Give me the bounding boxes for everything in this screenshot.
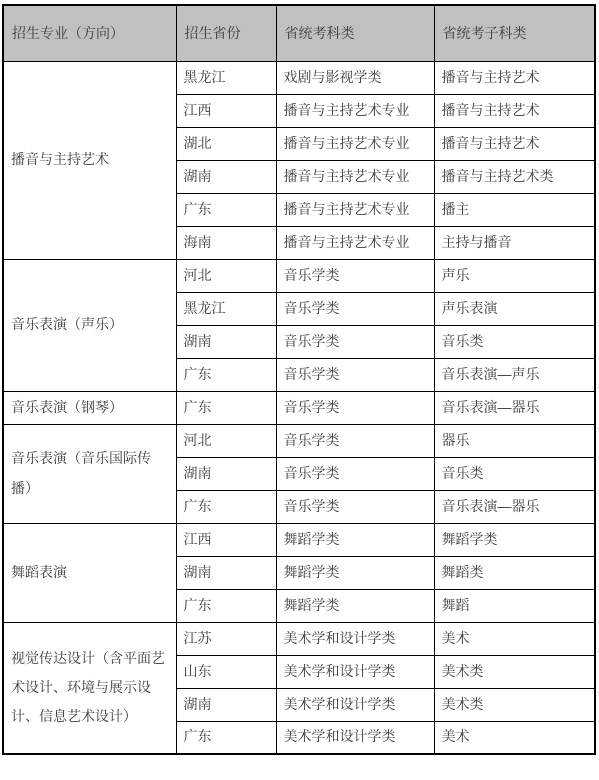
category-cell: 音乐学类 (276, 490, 434, 523)
table-body: 播音与主持艺术黑龙江戏剧与影视学类播音与主持艺术江西播音与主持艺术专业播音与主持… (3, 61, 595, 754)
category-cell: 美术学和设计学类 (276, 721, 434, 754)
category-cell: 音乐学类 (276, 292, 434, 325)
admission-majors-table: 招生专业（方向）招生省份省统考科类省统考子科类 播音与主持艺术黑龙江戏剧与影视学… (2, 4, 596, 755)
province-cell: 河北 (176, 259, 276, 292)
province-cell: 湖南 (176, 160, 276, 193)
column-header: 招生专业（方向） (3, 5, 176, 61)
subcategory-cell: 播音与主持艺术类 (434, 160, 595, 193)
province-cell: 广东 (176, 358, 276, 391)
category-cell: 舞蹈学类 (276, 523, 434, 556)
table-header-row: 招生专业（方向）招生省份省统考科类省统考子科类 (3, 5, 595, 61)
major-cell: 舞蹈表演 (3, 523, 176, 622)
subcategory-cell: 播音与主持艺术 (434, 94, 595, 127)
subcategory-cell: 美术 (434, 721, 595, 754)
category-cell: 戏剧与影视学类 (276, 61, 434, 94)
category-cell: 音乐学类 (276, 358, 434, 391)
table-row: 视觉传达设计（含平面艺术设计、环境与展示设计、信息艺术设计）江苏美术学和设计学类… (3, 622, 595, 655)
province-cell: 黑龙江 (176, 292, 276, 325)
subcategory-cell: 音乐表演—器乐 (434, 490, 595, 523)
category-cell: 播音与主持艺术专业 (276, 193, 434, 226)
column-header: 省统考子科类 (434, 5, 595, 61)
category-cell: 音乐学类 (276, 391, 434, 424)
province-cell: 湖南 (176, 688, 276, 721)
province-cell: 江西 (176, 94, 276, 127)
province-cell: 广东 (176, 490, 276, 523)
province-cell: 广东 (176, 193, 276, 226)
subcategory-cell: 音乐类 (434, 325, 595, 358)
category-cell: 播音与主持艺术专业 (276, 127, 434, 160)
column-header: 省统考科类 (276, 5, 434, 61)
subcategory-cell: 声乐 (434, 259, 595, 292)
province-cell: 河北 (176, 424, 276, 457)
province-cell: 山东 (176, 655, 276, 688)
table-row: 音乐表演（声乐）河北音乐学类声乐 (3, 259, 595, 292)
subcategory-cell: 音乐表演—器乐 (434, 391, 595, 424)
category-cell: 音乐学类 (276, 424, 434, 457)
category-cell: 播音与主持艺术专业 (276, 226, 434, 259)
province-cell: 海南 (176, 226, 276, 259)
table-row: 音乐表演（钢琴）广东音乐学类音乐表演—器乐 (3, 391, 595, 424)
subcategory-cell: 播音与主持艺术 (434, 61, 595, 94)
subcategory-cell: 音乐类 (434, 457, 595, 490)
province-cell: 广东 (176, 721, 276, 754)
category-cell: 美术学和设计学类 (276, 688, 434, 721)
subcategory-cell: 播主 (434, 193, 595, 226)
subcategory-cell: 美术 (434, 622, 595, 655)
column-header: 招生省份 (176, 5, 276, 61)
subcategory-cell: 美术类 (434, 655, 595, 688)
province-cell: 广东 (176, 391, 276, 424)
category-cell: 播音与主持艺术专业 (276, 94, 434, 127)
table-row: 音乐表演（音乐国际传播）河北音乐学类器乐 (3, 424, 595, 457)
province-cell: 湖南 (176, 325, 276, 358)
major-cell: 音乐表演（音乐国际传播） (3, 424, 176, 523)
subcategory-cell: 美术类 (434, 688, 595, 721)
province-cell: 湖南 (176, 457, 276, 490)
table-row: 舞蹈表演江西舞蹈学类舞蹈学类 (3, 523, 595, 556)
province-cell: 黑龙江 (176, 61, 276, 94)
category-cell: 美术学和设计学类 (276, 622, 434, 655)
category-cell: 美术学和设计学类 (276, 655, 434, 688)
category-cell: 音乐学类 (276, 457, 434, 490)
subcategory-cell: 播音与主持艺术 (434, 127, 595, 160)
province-cell: 江苏 (176, 622, 276, 655)
province-cell: 广东 (176, 589, 276, 622)
major-cell: 音乐表演（声乐） (3, 259, 176, 391)
category-cell: 舞蹈学类 (276, 556, 434, 589)
page: 招生专业（方向）招生省份省统考科类省统考子科类 播音与主持艺术黑龙江戏剧与影视学… (0, 0, 599, 780)
province-cell: 湖南 (176, 556, 276, 589)
subcategory-cell: 器乐 (434, 424, 595, 457)
category-cell: 音乐学类 (276, 259, 434, 292)
category-cell: 音乐学类 (276, 325, 434, 358)
subcategory-cell: 舞蹈学类 (434, 523, 595, 556)
province-cell: 湖北 (176, 127, 276, 160)
subcategory-cell: 音乐表演—声乐 (434, 358, 595, 391)
subcategory-cell: 主持与播音 (434, 226, 595, 259)
major-cell: 播音与主持艺术 (3, 61, 176, 259)
category-cell: 播音与主持艺术专业 (276, 160, 434, 193)
table-row: 播音与主持艺术黑龙江戏剧与影视学类播音与主持艺术 (3, 61, 595, 94)
major-cell: 视觉传达设计（含平面艺术设计、环境与展示设计、信息艺术设计） (3, 622, 176, 754)
province-cell: 江西 (176, 523, 276, 556)
subcategory-cell: 舞蹈 (434, 589, 595, 622)
major-cell: 音乐表演（钢琴） (3, 391, 176, 424)
subcategory-cell: 声乐表演 (434, 292, 595, 325)
subcategory-cell: 舞蹈类 (434, 556, 595, 589)
category-cell: 舞蹈学类 (276, 589, 434, 622)
